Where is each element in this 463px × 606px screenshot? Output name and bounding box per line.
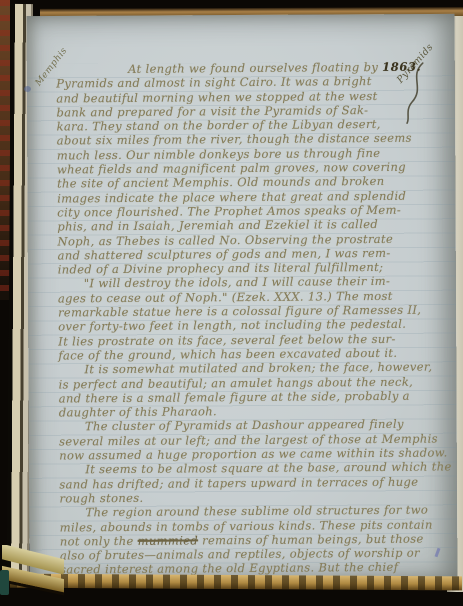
line-text: and there is a small female figure at th… <box>59 389 410 406</box>
line-text: daughter of this Pharaoh. <box>59 404 217 419</box>
line-text: remains of human beings, but those <box>198 531 424 547</box>
line-text: not only the <box>60 534 138 549</box>
cover-cloth-spot <box>0 570 9 595</box>
inserted-number: 1863. <box>382 60 421 74</box>
struck-word: mummied <box>138 533 199 547</box>
manuscript-text: At length we found ourselves floating by… <box>56 59 454 577</box>
photo-frame: Memphis Pyramids At length we found ours… <box>0 0 463 606</box>
line-text: rough stones. <box>59 491 143 506</box>
line-text: sand has drifted; and it tapers upward i… <box>59 474 418 491</box>
page-corner-stack <box>2 545 64 599</box>
page-stack-bottom-edge <box>10 574 462 591</box>
manuscript-page: Memphis Pyramids At length we found ours… <box>27 14 458 583</box>
ink-blot <box>24 86 31 92</box>
